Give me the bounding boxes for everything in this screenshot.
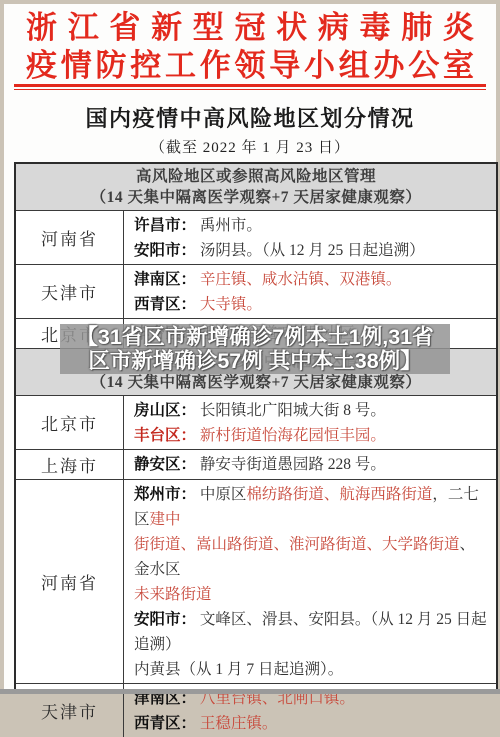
district-line: 安阳市： 文峰区、滑县、安阳县。（从 12 月 25 日起追溯） <box>134 607 490 657</box>
district-line: 未来路街道 <box>134 582 490 607</box>
table-row: 北京市房山区： 长阳镇北广阳城大街 8 号。丰台区： 新村街道怡海花园恒丰园。 <box>16 395 496 449</box>
banner-character: 肺 <box>401 10 432 46</box>
text-segment: 未来路街道 <box>134 586 212 603</box>
district-line: 静安区： 静安寺街道愚园路 228 号。 <box>134 452 490 477</box>
text-segment: 内黄县（从 1 月 7 日起追溯）。 <box>134 661 343 678</box>
district-line: 房山区： 长阳镇北广阳城大街 8 号。 <box>134 398 490 423</box>
text-segment: 西青区： <box>134 296 196 313</box>
banner-character: 江 <box>68 10 99 46</box>
letterhead-line-1: 浙江省新型冠状病毒肺炎 <box>26 10 474 46</box>
text-segment: 禹州市。 <box>196 217 262 234</box>
text-segment: 津南区： <box>134 271 196 288</box>
banner-character: 导 <box>269 48 300 84</box>
districts-cell: 静安区： 静安寺街道愚园路 228 号。 <box>124 450 496 479</box>
risk-section-header: 高风险地区或参照高风险地区管理（14 天集中隔离医学观察+7 天居家健康观察） <box>16 164 496 210</box>
table-row: 河南省许昌市： 禹州市。安阳市： 汤阴县。（从 12 月 25 日起追溯） <box>16 210 496 264</box>
section-header-line: （14 天集中隔离医学观察+7 天居家健康观察） <box>16 372 496 393</box>
province-cell: 上海市 <box>16 450 124 479</box>
text-segment: 中原区 <box>196 486 246 503</box>
document-title: 国内疫情中高风险地区划分情况 <box>4 102 496 133</box>
caption-line-1: 【31省区市新增确诊7例本土1例,31省 <box>60 325 450 349</box>
text-segment: 丰台区： <box>134 427 196 444</box>
district-line: 内黄县（从 1 月 7 日起追溯）。 <box>134 657 490 682</box>
text-segment: 静安寺街道愚园路 228 号。 <box>196 456 386 473</box>
text-segment: 静安区： <box>134 456 196 473</box>
table-row: 上海市静安区： 静安寺街道愚园路 228 号。 <box>16 449 496 479</box>
table-row: 天津市津南区： 辛庄镇、咸水沽镇、双港镇。西青区： 大寺镇。 <box>16 264 496 318</box>
text-segment: 辛庄镇、咸水沽镇、双港镇。 <box>196 271 401 288</box>
district-line: 丰台区： 新村街道怡海花园恒丰园。 <box>134 423 490 448</box>
text-segment: 建中 <box>150 511 181 528</box>
district-line: 郑州市： 中原区棉纺路街道、航海西路街道，二七区建中 <box>134 482 490 532</box>
province-cell: 北京市 <box>16 396 124 449</box>
text-segment: 大寺镇。 <box>196 296 262 313</box>
banner-character: 公 <box>408 48 439 84</box>
risk-area-table: 高风险地区或参照高风险地区管理（14 天集中隔离医学观察+7 天居家健康观察）河… <box>14 162 498 694</box>
districts-cell: 许昌市： 禹州市。安阳市： 汤阴县。（从 12 月 25 日起追溯） <box>124 211 496 264</box>
text-segment: 街街道、嵩山路街道、淮河路街道、大学路街道 <box>134 536 460 553</box>
banner-character: 领 <box>235 48 266 84</box>
banner-character: 办 <box>374 48 405 84</box>
text-segment: 长阳镇北广阳城大街 8 号。 <box>196 402 386 419</box>
text-segment: 棉纺路街道、航海西路街道 <box>246 486 432 503</box>
text-segment: 郑州市： <box>134 486 196 503</box>
banner-character: 新 <box>151 10 182 46</box>
banner-character: 小 <box>304 48 335 84</box>
banner-character: 炎 <box>443 10 474 46</box>
banner-character: 情 <box>61 48 92 84</box>
text-segment: 安阳市： <box>134 611 196 628</box>
banner-character: 控 <box>130 48 161 84</box>
province-cell: 河南省 <box>16 480 124 683</box>
banner-character: 作 <box>200 48 231 84</box>
letterhead-line-2: 疫情防控工作领导小组办公室 <box>26 48 474 84</box>
province-cell: 河南省 <box>16 211 124 264</box>
banner-character: 组 <box>339 48 370 84</box>
banner-character: 型 <box>193 10 224 46</box>
text-segment: 安阳市： <box>134 242 196 259</box>
document-page: 浙江省新型冠状病毒肺炎 疫情防控工作领导小组办公室 国内疫情中高风险地区划分情况… <box>4 4 496 689</box>
banner-character: 浙 <box>26 10 57 46</box>
page-bottom-edge <box>0 689 500 694</box>
text-segment: 房山区： <box>134 402 196 419</box>
news-caption-overlay: 【31省区市新增确诊7例本土1例,31省 区市新增确诊57例 其中本土38例】 <box>60 324 450 374</box>
banner-character: 工 <box>165 48 196 84</box>
district-line: 安阳市： 汤阴县。（从 12 月 25 日起追溯） <box>134 238 490 263</box>
caption-line-2: 区市新增确诊57例 其中本土38例】 <box>60 349 450 373</box>
as-of-date: （截至 2022 年 1 月 23 日） <box>4 136 496 157</box>
banner-character: 冠 <box>234 10 265 46</box>
letterhead-divider <box>14 84 486 90</box>
text-segment: 许昌市： <box>134 217 196 234</box>
text-segment: 新村街道怡海花园恒丰园。 <box>196 427 386 444</box>
district-line: 西青区： 大寺镇。 <box>134 292 490 317</box>
districts-cell: 郑州市： 中原区棉纺路街道、航海西路街道，二七区建中街街道、嵩山路街道、淮河路街… <box>124 480 496 683</box>
section-header-line: 高风险地区或参照高风险地区管理 <box>16 166 496 187</box>
banner-character: 省 <box>109 10 140 46</box>
banner-character: 病 <box>318 10 349 46</box>
text-segment: 汤阴县。（从 12 月 25 日起追溯） <box>196 242 425 259</box>
district-line: 津南区： 辛庄镇、咸水沽镇、双港镇。 <box>134 267 490 292</box>
banner-character: 疫 <box>26 48 57 84</box>
province-cell: 天津市 <box>16 265 124 318</box>
banner-character: 防 <box>96 48 127 84</box>
districts-cell: 津南区： 辛庄镇、咸水沽镇、双港镇。西青区： 大寺镇。 <box>124 265 496 318</box>
banner-character: 状 <box>276 10 307 46</box>
districts-cell: 房山区： 长阳镇北广阳城大街 8 号。丰台区： 新村街道怡海花园恒丰园。 <box>124 396 496 449</box>
section-header-line: （14 天集中隔离医学观察+7 天居家健康观察） <box>16 187 496 208</box>
district-line: 许昌市： 禹州市。 <box>134 213 490 238</box>
banner-character: 毒 <box>360 10 391 46</box>
district-line: 街街道、嵩山路街道、淮河路街道、大学路街道、金水区 <box>134 532 490 582</box>
banner-character: 室 <box>443 48 474 84</box>
table-row: 河南省郑州市： 中原区棉纺路街道、航海西路街道，二七区建中街街道、嵩山路街道、淮… <box>16 479 496 683</box>
